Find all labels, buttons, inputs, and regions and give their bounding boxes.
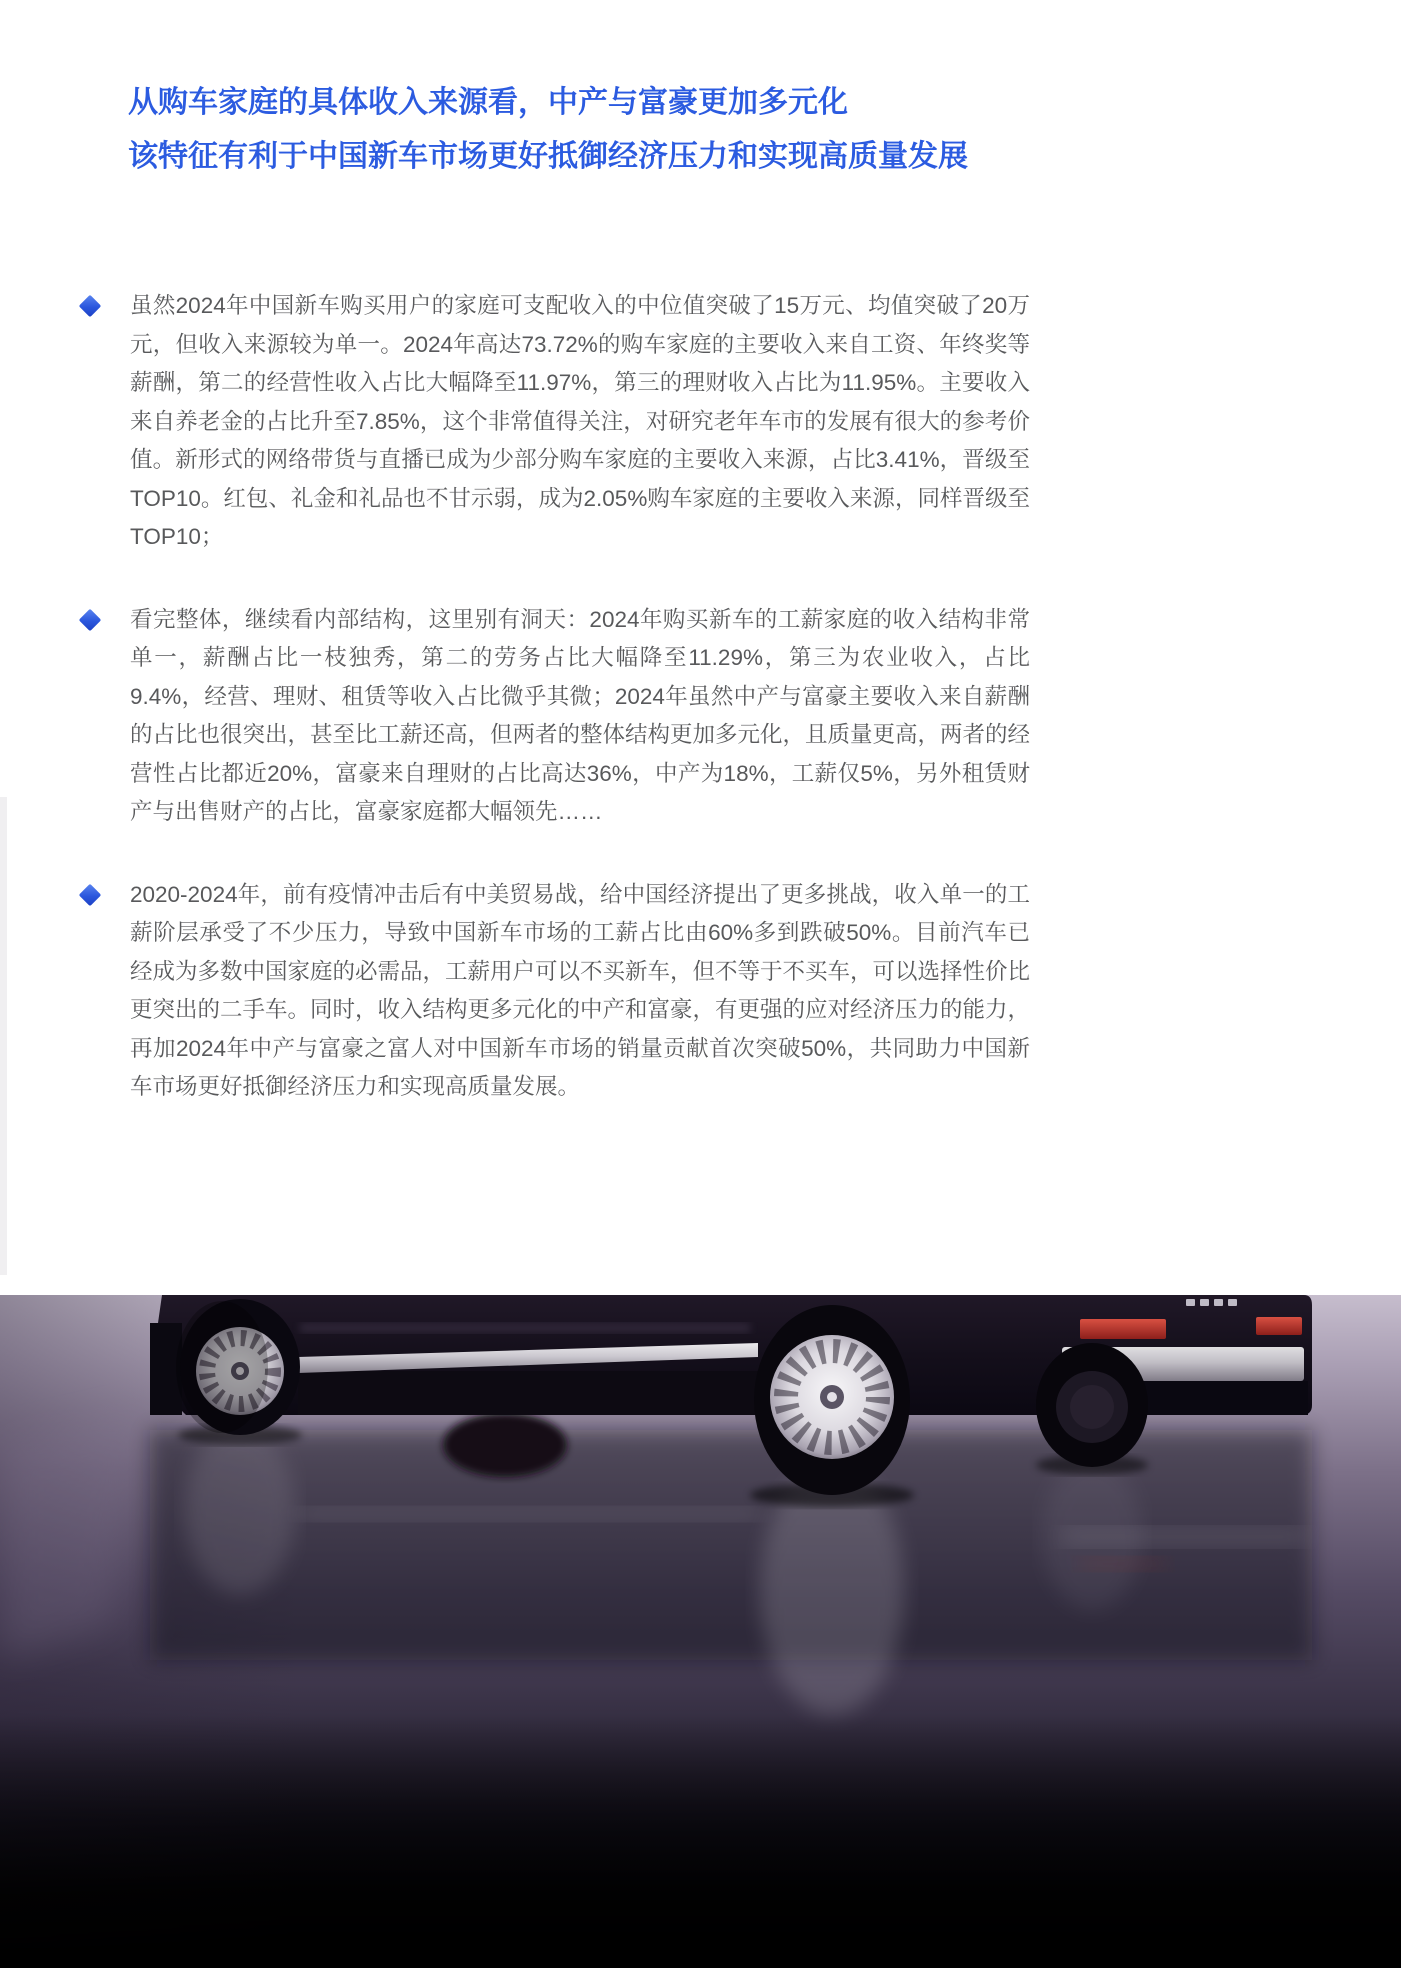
- report-page: 从购车家庭的具体收入来源看，中产与富豪更加多元化 该特征有利于中国新车市场更好抵…: [0, 0, 1401, 1968]
- car-front-wheel: [176, 1299, 300, 1435]
- section-heading-line2: 该特征有利于中国新车市场更好抵御经济压力和实现高质量发展: [128, 130, 1278, 184]
- left-edge-artifact: [0, 797, 7, 1275]
- diamond-bullet-icon: [79, 883, 102, 906]
- car-taillight: [1256, 1317, 1302, 1335]
- bullet-item: 虽然2024年中国新车购买用户的家庭可支配收入的中位值突破了15万元、均值突破了…: [78, 287, 1038, 557]
- diamond-bullet-icon: [79, 608, 102, 631]
- bottom-vignette: [0, 1715, 1401, 1968]
- section-heading: 从购车家庭的具体收入来源看，中产与富豪更加多元化 该特征有利于中国新车市场更好抵…: [128, 76, 1278, 184]
- bullet-paragraph: 看完整体，继续看内部结构，这里别有洞天：2024年购买新车的工薪家庭的收入结构非…: [130, 601, 1030, 832]
- car-photo: [0, 1295, 1401, 1968]
- car-rear-wheel: [754, 1305, 910, 1495]
- bullet-item: 看完整体，继续看内部结构，这里别有洞天：2024年购买新车的工薪家庭的收入结构非…: [78, 601, 1038, 832]
- car-taillight: [1080, 1319, 1166, 1339]
- bullet-list: 虽然2024年中国新车购买用户的家庭可支配收入的中位值突破了15万元、均值突破了…: [78, 287, 1038, 1151]
- section-heading-line1: 从购车家庭的具体收入来源看，中产与富豪更加多元化: [128, 76, 1278, 130]
- bullet-paragraph: 虽然2024年中国新车购买用户的家庭可支配收入的中位值突破了15万元、均值突破了…: [130, 287, 1030, 557]
- car-photo-illustration: [0, 1295, 1401, 1968]
- turntable-pedestal: [443, 1413, 567, 1477]
- diamond-bullet-icon: [79, 295, 102, 318]
- bullet-item: 2020-2024年，前有疫情冲击后有中美贸易战，给中国经济提出了更多挑战，收入…: [78, 876, 1038, 1107]
- bullet-paragraph: 2020-2024年，前有疫情冲击后有中美贸易战，给中国经济提出了更多挑战，收入…: [130, 876, 1030, 1107]
- car-far-wheel: [1036, 1343, 1148, 1467]
